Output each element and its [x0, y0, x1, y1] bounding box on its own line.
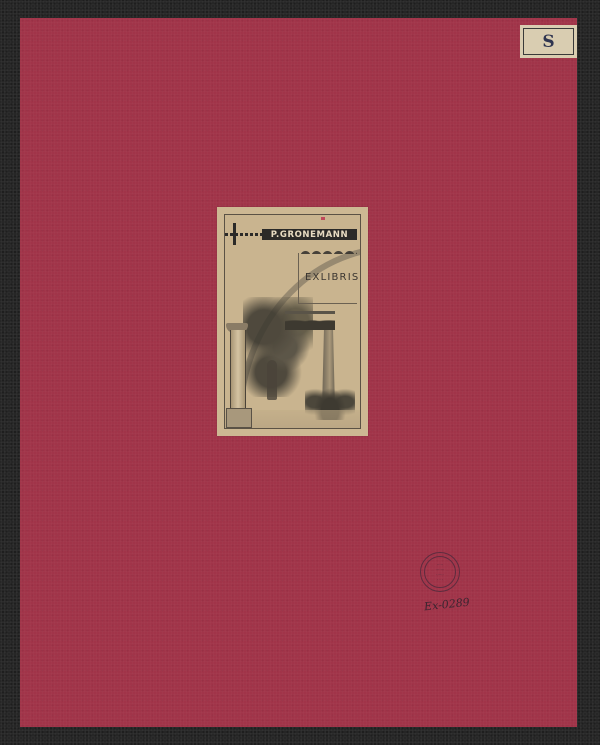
shelf-label: S — [520, 25, 577, 58]
owner-name-banner: P.GRONEMANN — [262, 229, 357, 240]
column-base — [226, 408, 252, 428]
figure-illustration — [267, 360, 277, 400]
exlibris-title: EXLIBRIS — [305, 272, 359, 283]
bookplate: P.GRONEMANN EXLIBRIS — [217, 207, 368, 436]
library-stamp: ····· ······· ······ · · · — [420, 552, 460, 592]
column-illustration — [230, 330, 246, 415]
stamp-ring — [424, 556, 456, 588]
bookplate-engraving: P.GRONEMANN EXLIBRIS — [224, 214, 361, 429]
pin-mark — [321, 217, 325, 220]
shelf-label-text: S — [523, 28, 574, 55]
aqueduct-illustration — [285, 311, 335, 330]
sign-rod — [225, 233, 265, 236]
